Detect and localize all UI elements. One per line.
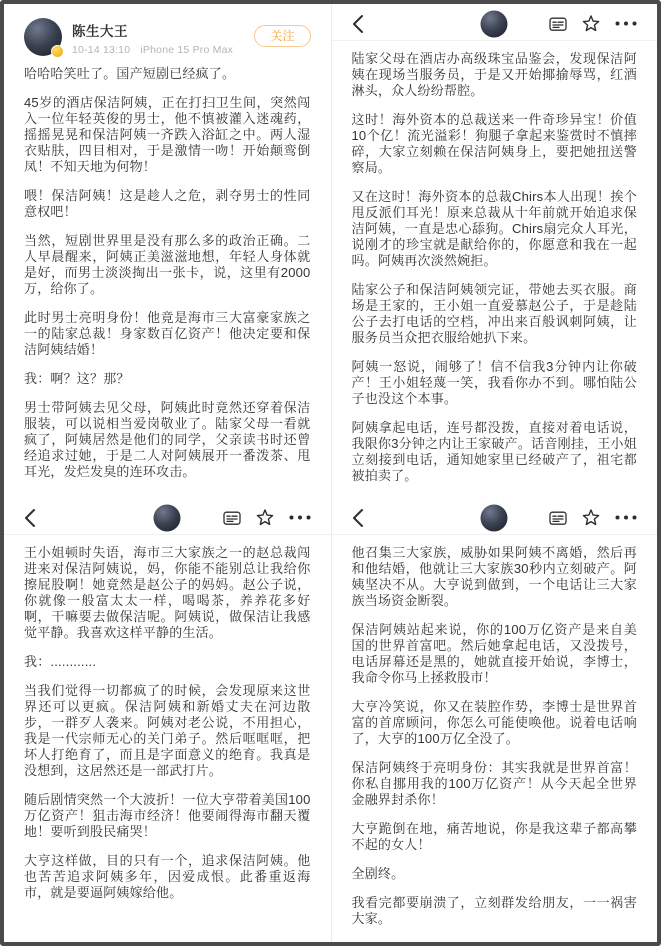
navbar-actions bbox=[549, 15, 637, 32]
ellipsis-icon bbox=[615, 515, 637, 520]
back-button[interactable] bbox=[24, 508, 36, 528]
star-icon bbox=[256, 509, 274, 526]
navbar bbox=[4, 501, 331, 535]
navbar-actions bbox=[223, 509, 311, 526]
post-paragraph: 全剧终。 bbox=[352, 866, 638, 882]
star-icon bbox=[582, 15, 600, 32]
panel-bottom-right: 他召集三大家族，威胁如果阿姨不离婚，然后再和他结婚，他就让三大家族30秒内立刻破… bbox=[331, 498, 658, 942]
chevron-left-icon bbox=[352, 508, 364, 528]
post-paragraph: 随后剧情突然一个大波折！一位大亨带着美国100万亿资产！狙击海市经济！他要闹得海… bbox=[24, 792, 311, 840]
more-button[interactable] bbox=[289, 515, 311, 520]
post-paragraph: 王小姐顿时失语，海市三大家族之一的赵总裁闯进来对保洁阿姨说，妈，你能不能别总让我… bbox=[24, 545, 311, 641]
post-paragraph: 陆家公子和保洁阿姨领完证，带她去买衣服。商场是王家的，王小姐一直爱慕赵公子，于是… bbox=[352, 282, 638, 346]
favorite-button[interactable] bbox=[256, 509, 274, 526]
post-paragraph: 喂！保洁阿姨！这是趁人之危，剥夺男士的性同意权吧！ bbox=[24, 188, 311, 220]
chevron-left-icon bbox=[352, 14, 364, 34]
post-body: 哈哈哈笑吐了。国产短剧已经疯了。 45岁的酒店保洁阿姨，正在打扫卫生间，突然闯入… bbox=[4, 56, 331, 480]
post-paragraph: 阿姨拿起电话，连号都没拨，直接对着电话说，我限你3分钟之内让王家破产。话音刚挂，… bbox=[352, 420, 638, 484]
navbar-avatar[interactable] bbox=[481, 10, 508, 37]
post-meta: 10-14 13:10 iPhone 15 Pro Max bbox=[72, 44, 233, 56]
post-paragraph: 保洁阿姨终于亮明身份：其实我就是世界首富！你私自挪用我的100万亿资产！从今天起… bbox=[352, 760, 638, 808]
post-paragraph: 陆家父母在酒店办高级珠宝品鉴会，发现保洁阿姨在现场当服务员，于是又开始揶揄辱骂，… bbox=[352, 51, 638, 99]
reader-mode-button[interactable] bbox=[549, 16, 567, 32]
reader-mode-button[interactable] bbox=[223, 510, 241, 526]
star-icon bbox=[582, 509, 600, 526]
page-body: 王小姐顿时失语，海市三大家族之一的赵总裁闯进来对保洁阿姨说，妈，你能不能别总让我… bbox=[4, 535, 331, 901]
article-card-icon bbox=[549, 510, 567, 526]
article-card-icon bbox=[223, 510, 241, 526]
navbar bbox=[332, 501, 658, 535]
navbar-avatar[interactable] bbox=[481, 504, 508, 531]
panel-post-top-left: 陈生大王 10-14 13:10 iPhone 15 Pro Max 关注 哈哈… bbox=[4, 4, 331, 498]
post-paragraph: 此时男士亮明身份！他竟是海市三大富豪家族之一的陆家总裁！身家数百亿资产！他决定要… bbox=[24, 310, 311, 358]
article-card-icon bbox=[549, 16, 567, 32]
post-paragraph: 他召集三大家族，威胁如果阿姨不离婚，然后再和他结婚，他就让三大家族30秒内立刻破… bbox=[352, 545, 638, 609]
navbar-avatar[interactable] bbox=[154, 504, 181, 531]
ellipsis-icon bbox=[289, 515, 311, 520]
favorite-button[interactable] bbox=[582, 509, 600, 526]
post-paragraph: 又在这时！海外资本的总裁Chirs本人出现！挨个甩反派们耳光！原来总裁从十年前就… bbox=[352, 189, 638, 269]
page-body: 他召集三大家族，威胁如果阿姨不离婚，然后再和他结婚，他就让三大家族30秒内立刻破… bbox=[332, 535, 658, 927]
more-button[interactable] bbox=[615, 21, 637, 26]
post-paragraph: 当然，短剧世界里是没有那么多的政治正确。二人早晨醒来，阿姨正美滋滋地想，年轻人身… bbox=[24, 233, 311, 297]
post-paragraph: 这时！海外资本的总裁送来一件奇珍异宝！价值10个亿！流光溢彩！狗腿子拿起来鉴赏时… bbox=[352, 112, 638, 176]
post-paragraph: 阿姨一怒说，闹够了！信不信我3分钟内让你破产！王小姐轻蔑一笑，我看你办不到。哪怕… bbox=[352, 359, 638, 407]
author-avatar[interactable] bbox=[24, 18, 62, 56]
post-paragraph: 我：啊？这？那？ bbox=[24, 371, 311, 387]
post-paragraph: 45岁的酒店保洁阿姨，正在打扫卫生间，突然闯入一位年轻英俊的男士，他不慎被灌入迷… bbox=[24, 95, 311, 175]
navbar bbox=[332, 7, 658, 41]
post-header: 陈生大王 10-14 13:10 iPhone 15 Pro Max 关注 bbox=[4, 4, 331, 56]
post-paragraph: 大亨冷笑说，你又在装腔作势，李博士是世界首富的首席顾问，你怎么可能使唤他。说着电… bbox=[352, 699, 638, 747]
stitched-screenshot-grid: 陈生大王 10-14 13:10 iPhone 15 Pro Max 关注 哈哈… bbox=[0, 0, 661, 946]
author-name[interactable]: 陈生大王 bbox=[72, 20, 233, 40]
chevron-left-icon bbox=[24, 508, 36, 528]
ellipsis-icon bbox=[615, 21, 637, 26]
back-button[interactable] bbox=[352, 14, 364, 34]
favorite-button[interactable] bbox=[582, 15, 600, 32]
author-block: 陈生大王 10-14 13:10 iPhone 15 Pro Max bbox=[72, 18, 233, 56]
post-paragraph: 我看完都要崩溃了，立刻群发给朋友，一一祸害大家。 bbox=[352, 895, 638, 927]
post-paragraph: 哈哈哈笑吐了。国产短剧已经疯了。 bbox=[24, 66, 311, 82]
post-paragraph: 保洁阿姨站起来说，你的100万亿资产是来自美国的世界首富吧。然后她拿起电话，又没… bbox=[352, 622, 638, 686]
panel-bottom-left: 王小姐顿时失语，海市三大家族之一的赵总裁闯进来对保洁阿姨说，妈，你能不能别总让我… bbox=[4, 498, 331, 942]
reader-mode-button[interactable] bbox=[549, 510, 567, 526]
post-paragraph: 我：............ bbox=[24, 654, 311, 670]
navbar-actions bbox=[549, 509, 637, 526]
page-body: 陆家父母在酒店办高级珠宝品鉴会，发现保洁阿姨在现场当服务员，于是又开始揶揄辱骂，… bbox=[332, 41, 658, 498]
post-paragraph: 当我们觉得一切都疯了的时候，会发现原来这世界还可以更疯。保洁阿姨和新婚丈夫在河边… bbox=[24, 683, 311, 779]
back-button[interactable] bbox=[352, 508, 364, 528]
post-source-device: iPhone 15 Pro Max bbox=[140, 44, 233, 56]
post-timestamp: 10-14 13:10 bbox=[72, 44, 130, 56]
follow-button[interactable]: 关注 bbox=[254, 25, 310, 47]
post-paragraph: 男士带阿姨去见父母，阿姨此时竟然还穿着保洁服装，可以说相当爱岗敬业了。陆家父母一… bbox=[24, 400, 311, 480]
post-paragraph: 大亨这样做，目的只有一个，追求保洁阿姨。他也苦苦追求阿姨多年，因爱成恨。此番重返… bbox=[24, 853, 311, 901]
verified-badge-icon bbox=[51, 45, 64, 58]
more-button[interactable] bbox=[615, 515, 637, 520]
panel-top-right: 陆家父母在酒店办高级珠宝品鉴会，发现保洁阿姨在现场当服务员，于是又开始揶揄辱骂，… bbox=[331, 4, 658, 498]
post-paragraph: 大亨跪倒在地，痛苦地说，你是我这辈子都高攀不起的女人！ bbox=[352, 821, 638, 853]
